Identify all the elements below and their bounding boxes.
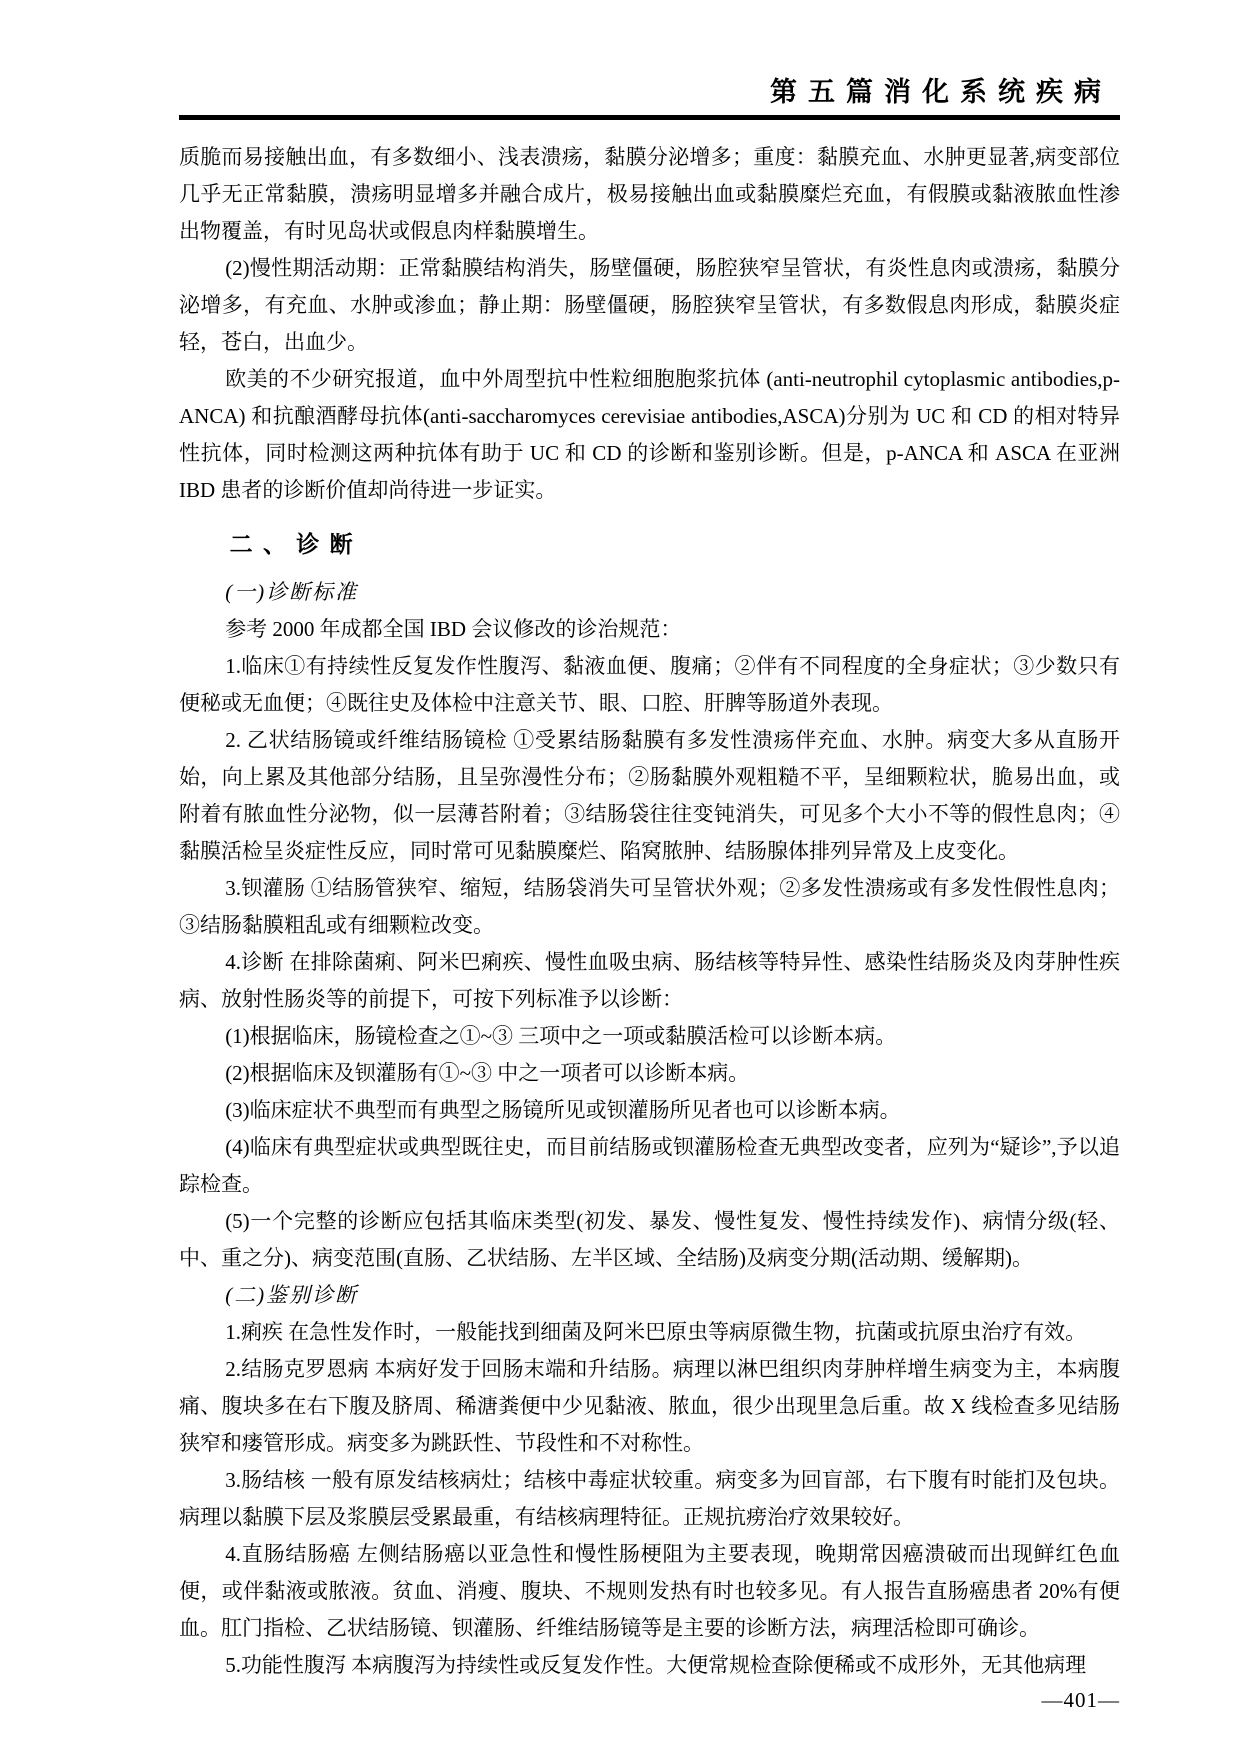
section-heading-diagnosis: 二、诊断	[179, 526, 1120, 563]
paragraph: (2)慢性期活动期：正常黏膜结构消失，肠壁僵硬，肠腔狭窄呈管状，有炎性息肉或溃疡…	[179, 250, 1120, 361]
paragraph: 1.痢疾 在急性发作时，一般能找到细菌及阿米巴原虫等病原微生物，抗菌或抗原虫治疗…	[179, 1314, 1120, 1351]
page-body: 质脆而易接触出血，有多数细小、浅表溃疡，黏膜分泌增多；重度：黏膜充血、水肿更显著…	[179, 139, 1120, 1684]
paragraph: (4)临床有典型症状或典型既往史，而目前结肠或钡灌肠检查无典型改变者，应列为“疑…	[179, 1129, 1120, 1203]
paragraph: 4.直肠结肠癌 左侧结肠癌以亚急性和慢性肠梗阻为主要表现，晚期常因癌溃破而出现鲜…	[179, 1536, 1120, 1647]
paragraph: 5.功能性腹泻 本病腹泻为持续性或反复发作性。大便常规检查除便稀或不成形外，无其…	[179, 1647, 1120, 1684]
paragraph: 参考 2000 年成都全国 IBD 会议修改的诊治规范：	[179, 611, 1120, 648]
subsection-heading-differential-diagnosis: (二)鉴别诊断	[179, 1277, 1120, 1314]
paragraph: 4.诊断 在排除菌痢、阿米巴痢疾、慢性血吸虫病、肠结核等特异性、感染性结肠炎及肉…	[179, 944, 1120, 1018]
paragraph: 3.钡灌肠 ①结肠管狭窄、缩短，结肠袋消失可呈管状外观；②多发性溃疡或有多发性假…	[179, 870, 1120, 944]
paragraph: 欧美的不少研究报道，血中外周型抗中性粒细胞胞浆抗体 (anti-neutroph…	[179, 361, 1120, 509]
page-header: 第五篇消化系统疾病	[179, 70, 1120, 120]
document-page: 第五篇消化系统疾病 质脆而易接触出血，有多数细小、浅表溃疡，黏膜分泌增多；重度：…	[0, 0, 1241, 1754]
subsection-heading-diagnostic-criteria: (一)诊断标准	[179, 574, 1120, 611]
running-head-title: 第五篇消化系统疾病	[179, 70, 1112, 109]
paragraph: 2.结肠克罗恩病 本病好发于回肠末端和升结肠。病理以淋巴组织肉芽肿样增生病变为主…	[179, 1351, 1120, 1462]
header-rule	[179, 115, 1120, 120]
paragraph: (3)临床症状不典型而有典型之肠镜所见或钡灌肠所见者也可以诊断本病。	[179, 1092, 1120, 1129]
page-number: —401—	[1042, 1688, 1121, 1713]
paragraph: 质脆而易接触出血，有多数细小、浅表溃疡，黏膜分泌增多；重度：黏膜充血、水肿更显著…	[179, 139, 1120, 250]
paragraph: (1)根据临床，肠镜检查之①~③ 三项中之一项或黏膜活检可以诊断本病。	[179, 1018, 1120, 1055]
paragraph: (2)根据临床及钡灌肠有①~③ 中之一项者可以诊断本病。	[179, 1055, 1120, 1092]
paragraph: (5)一个完整的诊断应包括其临床类型(初发、暴发、慢性复发、慢性持续发作)、病情…	[179, 1203, 1120, 1277]
paragraph: 2. 乙状结肠镜或纤维结肠镜检 ①受累结肠黏膜有多发性溃疡伴充血、水肿。病变大多…	[179, 722, 1120, 870]
paragraph: 3.肠结核 一般有原发结核病灶；结核中毒症状较重。病变多为回盲部，右下腹有时能扪…	[179, 1462, 1120, 1536]
paragraph: 1.临床①有持续性反复发作性腹泻、黏液血便、腹痛；②伴有不同程度的全身症状；③少…	[179, 648, 1120, 722]
